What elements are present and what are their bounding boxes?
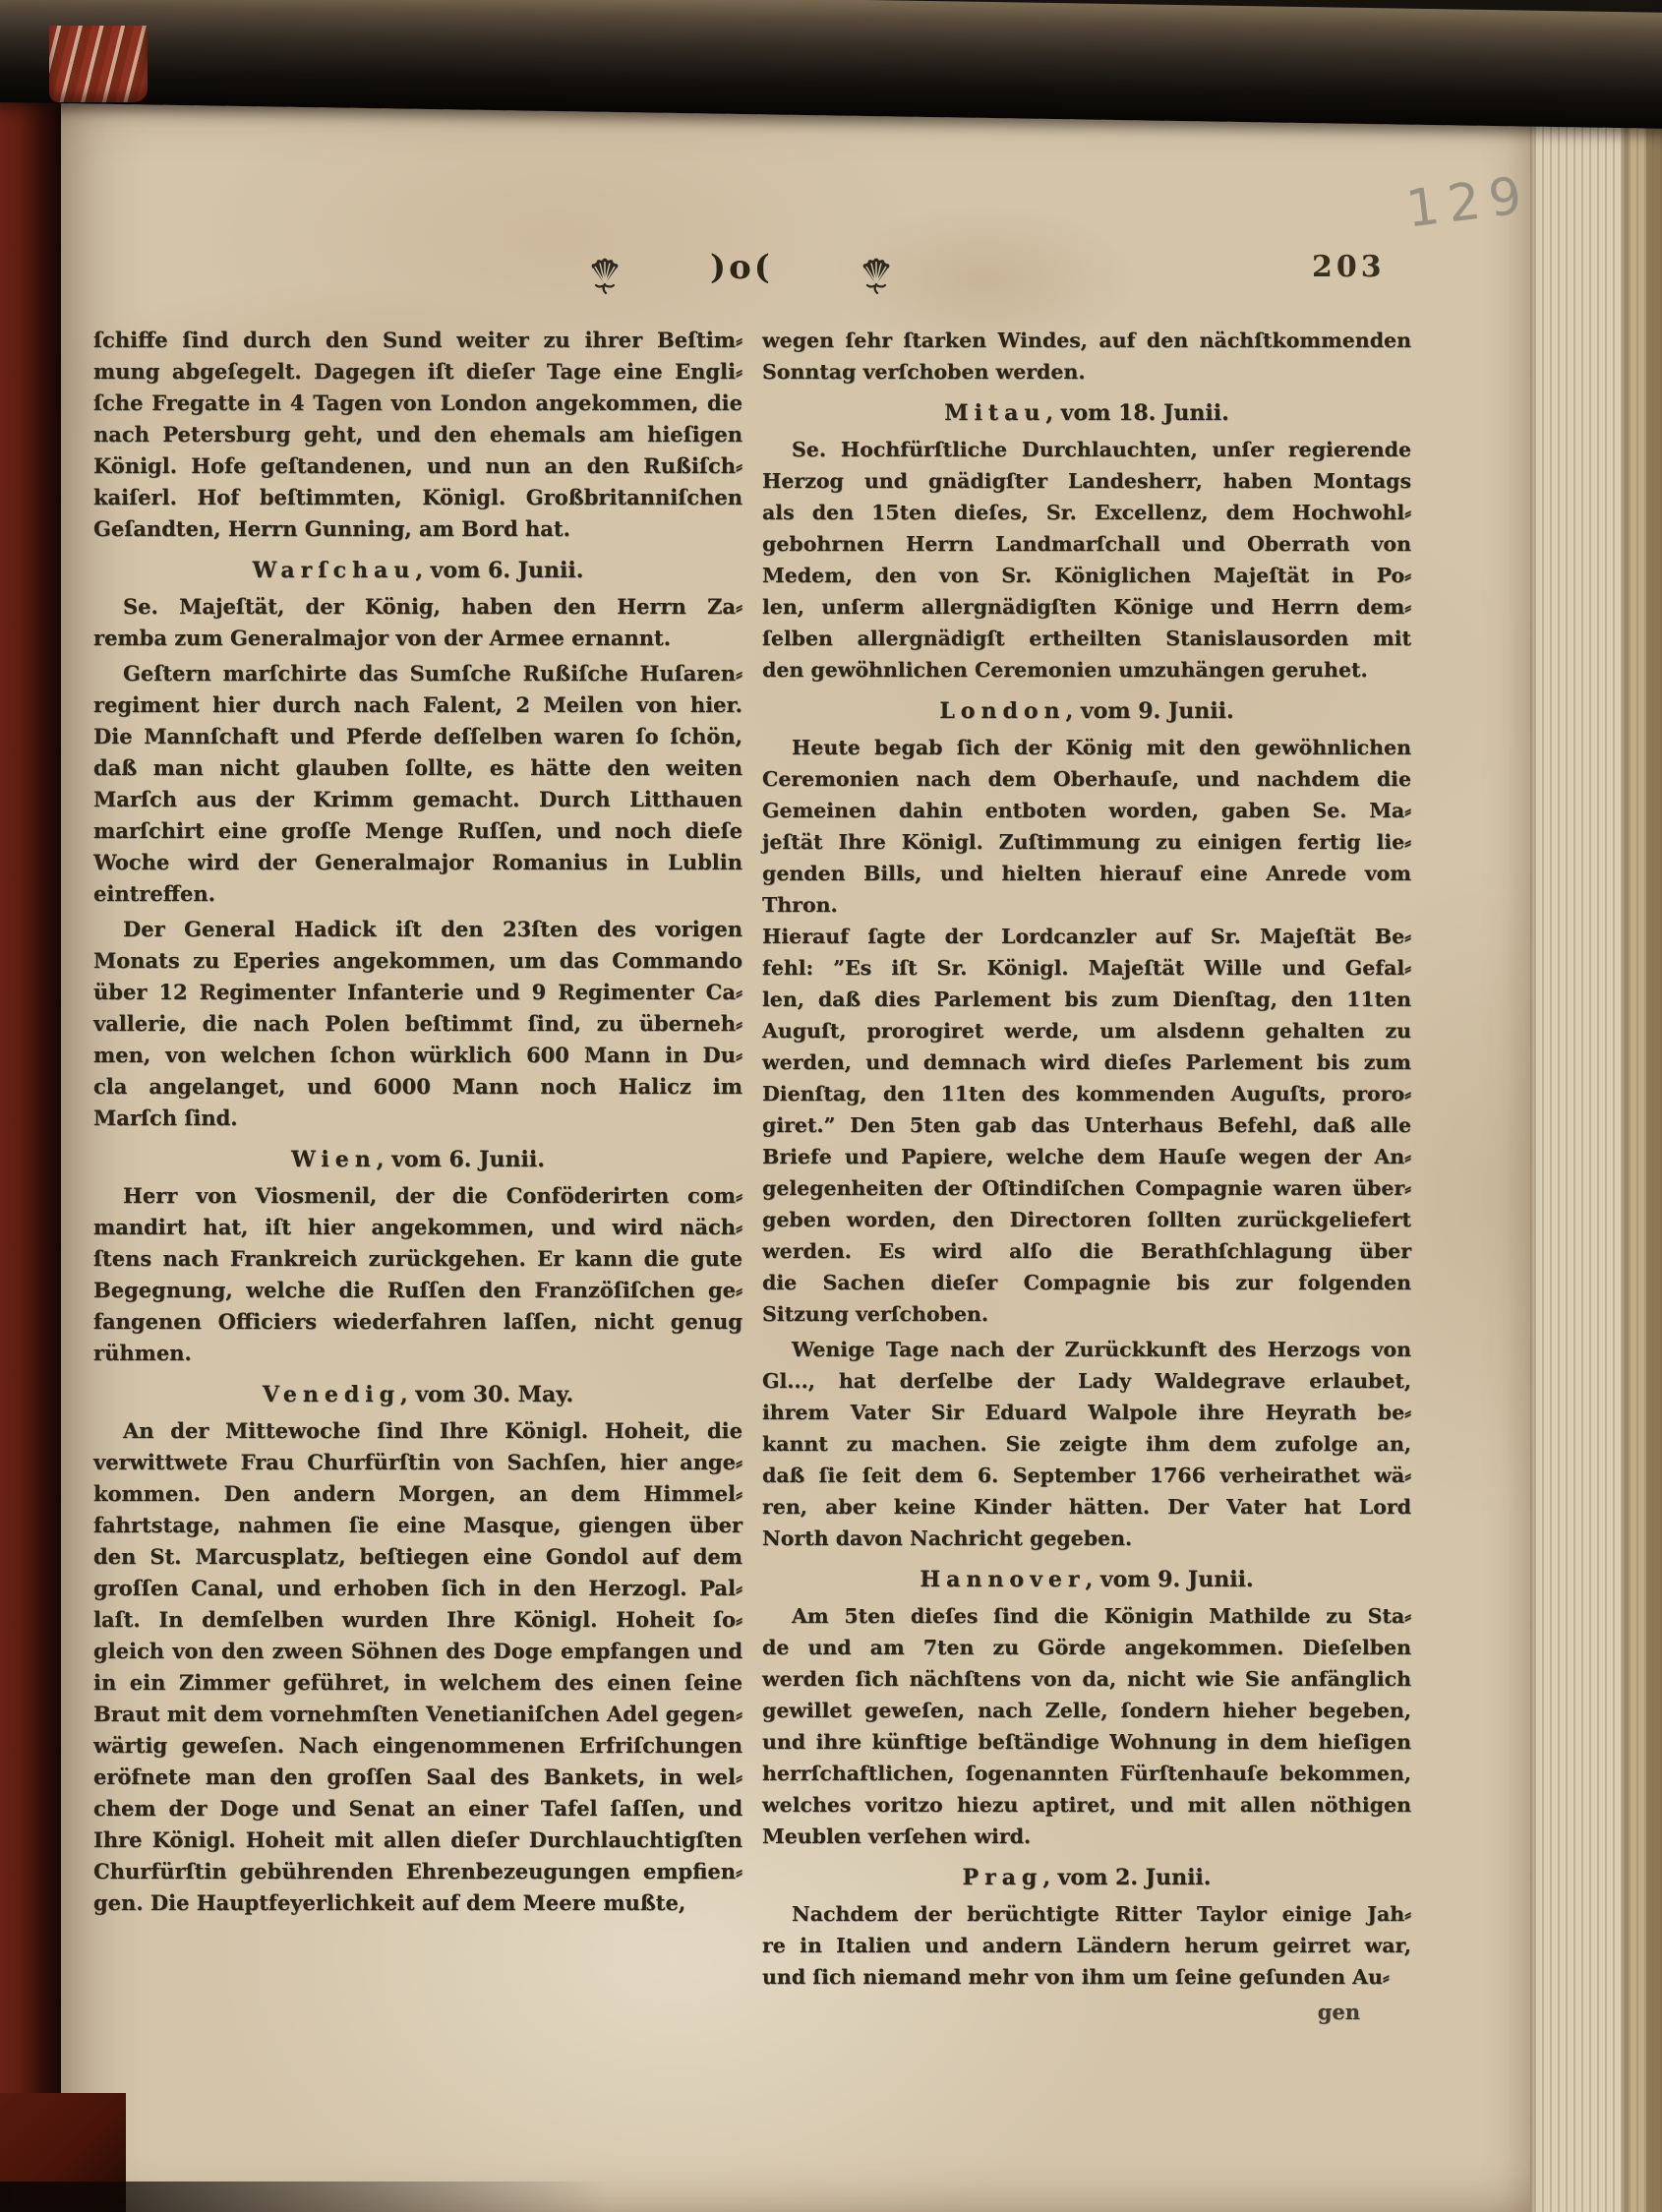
text-line: Ihre Königl. Hoheit mit allen dieſer Dur… bbox=[93, 1824, 742, 1856]
text-line: Gemeinen dahin entboten worden, gaben Se… bbox=[762, 795, 1411, 826]
text-line: ſtens nach Frankreich zurückgehen. Er ka… bbox=[93, 1243, 742, 1275]
book-headband bbox=[49, 26, 148, 102]
paragraph: Am 5ten dieſes ſind die Königin Mathilde… bbox=[762, 1600, 1411, 1852]
text-line: ſelben allergnädigſt ertheilten Stanisla… bbox=[762, 623, 1411, 654]
text-line: herrſchaftlichen, ſogenannten Fürſtenhau… bbox=[762, 1758, 1411, 1789]
text-line: fahrtstage, nahmen ſie eine Masque, gien… bbox=[93, 1510, 742, 1541]
text-line: gebohrnen Herrn Landmarſchall und Oberra… bbox=[762, 528, 1411, 560]
text-line: über 12 Regimenter Infanterie und 9 Regi… bbox=[93, 977, 742, 1008]
text-line: groſſen Canal, und erhoben ſich in den H… bbox=[93, 1573, 742, 1604]
heading-place: Hannover bbox=[920, 1567, 1085, 1592]
text-line: Sonntag verſchoben werden. bbox=[762, 356, 1411, 388]
text-line: Geſtern marſchirte das Sumſche Rußiſche … bbox=[93, 658, 742, 689]
text-line: rühmen. bbox=[93, 1338, 742, 1369]
text-line: Geſandten, Herrn Gunning, am Bord hat. bbox=[93, 513, 742, 545]
section-heading: Warſchau, vom 6. Junii. bbox=[93, 555, 742, 586]
text-line: Se. Hochfürſtliche Durchlauchten, unſer … bbox=[762, 434, 1411, 465]
text-line: daß ſie ſeit dem 6. September 1766 verhe… bbox=[762, 1460, 1411, 1491]
text-line: gleich von den zween Söhnen des Doge emp… bbox=[93, 1636, 742, 1667]
text-line: kaiſerl. Hof beſtimmten, Königl. Großbri… bbox=[93, 482, 742, 513]
text-line: Sitzung verſchoben. bbox=[762, 1298, 1411, 1330]
text-line: Meublen verſehen wird. bbox=[762, 1821, 1411, 1852]
text-line: ſchiffe ſind durch den Sund weiter zu ih… bbox=[93, 325, 742, 356]
text-line: werden. Es wird alſo die Berathſchlagung… bbox=[762, 1235, 1411, 1267]
text-line: den gewöhnlichen Ceremonien umzuhängen g… bbox=[762, 654, 1411, 686]
text-line: die Sachen dieſer Compagnie bis zur folg… bbox=[762, 1267, 1411, 1298]
fore-edge-pages bbox=[1526, 87, 1662, 2212]
column-right: wegen ſehr ſtarken Windes, auf den nächſ… bbox=[762, 325, 1411, 2028]
text-line: den St. Marcusplatz, beſtiegen eine Gond… bbox=[93, 1541, 742, 1573]
text-line: Woche wird der Generalmajor Romanius in … bbox=[93, 847, 742, 878]
text-line: cla angelanget, und 6000 Mann noch Halic… bbox=[93, 1071, 742, 1103]
text-line: kommen. Den andern Morgen, an dem Himmel… bbox=[93, 1478, 742, 1510]
text-line: de und am 7ten zu Görde angekommen. Dieſ… bbox=[762, 1632, 1411, 1663]
page-number: 203 bbox=[1312, 250, 1386, 284]
text-line: laſt. In demſelben wurden Ihre Königl. H… bbox=[93, 1604, 742, 1636]
text-line: kannt zu machen. Sie zeigte ihm dem zufo… bbox=[762, 1428, 1411, 1460]
text-line: verwittwete Frau Churfürſtin von Sachſen… bbox=[93, 1447, 742, 1478]
text-line: und ſich niemand mehr von ihm um ſeine g… bbox=[762, 1961, 1411, 1993]
text-line: Gl..., hat derſelbe der Lady Waldegrave … bbox=[762, 1365, 1411, 1397]
text-line: genden Bills, und hielten hierauf eine A… bbox=[762, 858, 1411, 921]
paragraph: Se. Majeſtät, der König, haben den Herrn… bbox=[93, 591, 742, 654]
heading-place: Prag bbox=[963, 1865, 1043, 1890]
text-line: daß man nicht glauben ſollte, es hätte d… bbox=[93, 752, 742, 784]
heading-date: , vom 6. Junii. bbox=[415, 558, 583, 583]
text-line: welches voritzo hiezu aptiret, und mit a… bbox=[762, 1789, 1411, 1821]
paragraph: An der Mittewoche ſind Ihre Königl. Hohe… bbox=[93, 1415, 742, 1919]
text-line: Nachdem der berüchtigte Ritter Taylor ei… bbox=[762, 1898, 1411, 1930]
text-line: Herzog und gnädigſter Landesherr, haben … bbox=[762, 465, 1411, 497]
text-line: und ihre künftige beſtändige Wohnung in … bbox=[762, 1726, 1411, 1758]
text-columns: ſchiffe ſind durch den Sund weiter zu ih… bbox=[93, 325, 1422, 2028]
text-line: re in Italien und andern Ländern herum g… bbox=[762, 1930, 1411, 1961]
heading-date: , vom 6. Junii. bbox=[377, 1147, 545, 1172]
heading-place: London bbox=[939, 698, 1065, 724]
text-line: wegen ſehr ſtarken Windes, auf den nächſ… bbox=[762, 325, 1411, 356]
column-left: ſchiffe ſind durch den Sund weiter zu ih… bbox=[93, 325, 742, 2028]
text-line: eröfnete man den groſſen Saal des Banket… bbox=[93, 1762, 742, 1793]
heading-date: , vom 9. Junii. bbox=[1085, 1567, 1253, 1592]
paragraph: Se. Hochfürſtliche Durchlauchten, unſer … bbox=[762, 434, 1411, 686]
text-line: wärtig geweſen. Nach eingenommenen Erfri… bbox=[93, 1730, 742, 1762]
text-line: Marſch aus der Krimm gemacht. Durch Litt… bbox=[93, 784, 742, 815]
text-line: Briefe und Papiere, welche dem Hauſe weg… bbox=[762, 1141, 1411, 1172]
section-heading: Prag, vom 2. Junii. bbox=[762, 1862, 1411, 1893]
text-line: North davon Nachricht gegeben. bbox=[762, 1523, 1411, 1554]
catchword: gen bbox=[762, 1997, 1411, 2028]
section-heading: Hannover, vom 9. Junii. bbox=[762, 1564, 1411, 1595]
heading-place: Mitau bbox=[944, 400, 1045, 426]
paragraph: Wenige Tage nach der Zurückkunft des Her… bbox=[762, 1334, 1411, 1554]
text-line: fangenen Officiers wiederfahren laſſen, … bbox=[93, 1306, 742, 1338]
paragraph: Heute begab ſich der König mit den gewöh… bbox=[762, 732, 1411, 1330]
text-line: eintreffen. bbox=[93, 878, 742, 910]
heading-place: Venedig bbox=[263, 1382, 400, 1407]
text-line: Heute begab ſich der König mit den gewöh… bbox=[762, 732, 1411, 763]
section-heading: Wien, vom 6. Junii. bbox=[93, 1144, 742, 1175]
text-line: regiment hier durch nach Falent, 2 Meile… bbox=[93, 689, 742, 721]
text-line: Dienſtag, den 11ten des kommenden Auguſt… bbox=[762, 1078, 1411, 1109]
handwritten-folio-number: 129 bbox=[1403, 166, 1534, 240]
text-line: gen. Die Hauptfeyerlichkeit auf dem Meer… bbox=[93, 1887, 742, 1919]
text-line: Auguſt, prorogiret werde, um alsdenn geh… bbox=[762, 1015, 1411, 1046]
heading-place: Wien bbox=[291, 1147, 377, 1172]
text-line: ſche Fregatte in 4 Tagen von London ange… bbox=[93, 388, 742, 419]
text-line: Der General Hadick iſt den 23ſten des vo… bbox=[93, 914, 742, 945]
text-line: Wenige Tage nach der Zurückkunft des Her… bbox=[762, 1334, 1411, 1365]
text-line: Herr von Viosmenil, der die Conföderirte… bbox=[93, 1180, 742, 1212]
text-line: ihrem Vater Sir Eduard Walpole ihre Heyr… bbox=[762, 1397, 1411, 1428]
page-header: )o( bbox=[57, 248, 1530, 317]
heading-date: , vom 18. Junii. bbox=[1045, 400, 1228, 426]
text-line: Braut mit dem vornehmſten Venetianiſchen… bbox=[93, 1699, 742, 1730]
section-heading: Mitau, vom 18. Junii. bbox=[762, 397, 1411, 429]
text-line: Am 5ten dieſes ſind die Königin Mathilde… bbox=[762, 1600, 1411, 1632]
paragraph: Der General Hadick iſt den 23ſten des vo… bbox=[93, 914, 742, 1134]
paragraph: Nachdem der berüchtigte Ritter Taylor ei… bbox=[762, 1898, 1411, 1993]
book-bottom-shadow bbox=[0, 2182, 610, 2212]
text-line: Medem, den von Sr. Königlichen Majeſtät … bbox=[762, 560, 1411, 591]
shell-ornament-icon bbox=[584, 254, 625, 303]
heading-date: , vom 2. Junii. bbox=[1042, 1865, 1211, 1890]
text-line: Se. Majeſtät, der König, haben den Herrn… bbox=[93, 591, 742, 623]
text-line: giret.” Den 5ten gab das Unterhaus Befeh… bbox=[762, 1109, 1411, 1141]
text-line: Hierauf ſagte der Lordcanzler auf Sr. Ma… bbox=[762, 921, 1411, 952]
text-line: chem der Doge und Senat an einer Tafel ſ… bbox=[93, 1793, 742, 1824]
shell-ornament-icon bbox=[856, 254, 897, 303]
text-line: marſchirt eine groſſe Menge Ruſſen, und … bbox=[93, 815, 742, 847]
text-line: Königl. Hofe geſtandenen, und nun an den… bbox=[93, 450, 742, 482]
text-line: Die Mannſchaft und Pferde deſſelben ware… bbox=[93, 721, 742, 752]
text-line: werden ſich nächſtens von da, nicht wie … bbox=[762, 1663, 1411, 1695]
text-line: ren, aber keine Kinder hätten. Der Vater… bbox=[762, 1491, 1411, 1523]
text-line: Monats zu Eperies angekommen, um das Com… bbox=[93, 945, 742, 977]
text-line: vallerie, die nach Polen beſtimmt ſind, … bbox=[93, 1008, 742, 1040]
heading-date: , vom 9. Junii. bbox=[1066, 698, 1234, 724]
text-line: Begegnung, welche die Ruſſen den Franzöſ… bbox=[93, 1275, 742, 1306]
text-line: men, von welchen ſchon würklich 600 Mann… bbox=[93, 1040, 742, 1071]
text-line: als den 15ten dieſes, Sr. Excellenz, dem… bbox=[762, 497, 1411, 528]
text-line: Churfürſtin gebührenden Ehrenbezeugungen… bbox=[93, 1856, 742, 1887]
scanned-book-page: 129 bbox=[0, 0, 1662, 2212]
paragraph: ſchiffe ſind durch den Sund weiter zu ih… bbox=[93, 325, 742, 545]
text-line: in ein Zimmer geführet, in welchem des e… bbox=[93, 1667, 742, 1699]
page-paper: 129 bbox=[57, 89, 1530, 2212]
text-line: Ceremonien nach dem Oberhauſe, und nachd… bbox=[762, 763, 1411, 795]
book-spine bbox=[0, 0, 61, 2212]
heading-date: , vom 30. May. bbox=[400, 1382, 573, 1407]
text-line: mung abgeſegelt. Dagegen iſt dieſer Tage… bbox=[93, 356, 742, 388]
text-line: gewillet geweſen, nach Zelle, ſondern hi… bbox=[762, 1695, 1411, 1726]
heading-place: Warſchau bbox=[253, 558, 416, 583]
header-separator: )o( bbox=[710, 248, 773, 287]
text-line: geben worden, den Directoren ſollten zur… bbox=[762, 1204, 1411, 1235]
text-line: mandirt hat, iſt hier angekommen, und wi… bbox=[93, 1212, 742, 1243]
paragraph: Geſtern marſchirte das Sumſche Rußiſche … bbox=[93, 658, 742, 910]
text-line: Marſch ſind. bbox=[93, 1103, 742, 1134]
text-line: gelegenheiten der Oſtindiſchen Compagnie… bbox=[762, 1172, 1411, 1204]
text-line: len, daß dies Parlement bis zum Dienſtag… bbox=[762, 984, 1411, 1015]
text-line: jeſtät Ihre Königl. Zuſtimmung zu einige… bbox=[762, 826, 1411, 858]
text-line: werden, und demnach wird dieſes Parlemen… bbox=[762, 1046, 1411, 1078]
paragraph: Herr von Viosmenil, der die Conföderirte… bbox=[93, 1180, 742, 1369]
paragraph: wegen ſehr ſtarken Windes, auf den nächſ… bbox=[762, 325, 1411, 388]
text-line: nach Petersburg geht, und den ehemals am… bbox=[93, 419, 742, 450]
section-heading: London, vom 9. Junii. bbox=[762, 695, 1411, 727]
section-heading: Venedig, vom 30. May. bbox=[93, 1379, 742, 1410]
text-line: remba zum Generalmajor von der Armee ern… bbox=[93, 623, 742, 654]
text-line: fehl: ”Es iſt Sr. Königl. Majeſtät Wille… bbox=[762, 952, 1411, 984]
text-line: len, unſerm allergnädigſten Könige und H… bbox=[762, 591, 1411, 623]
text-line: An der Mittewoche ſind Ihre Königl. Hohe… bbox=[93, 1415, 742, 1447]
